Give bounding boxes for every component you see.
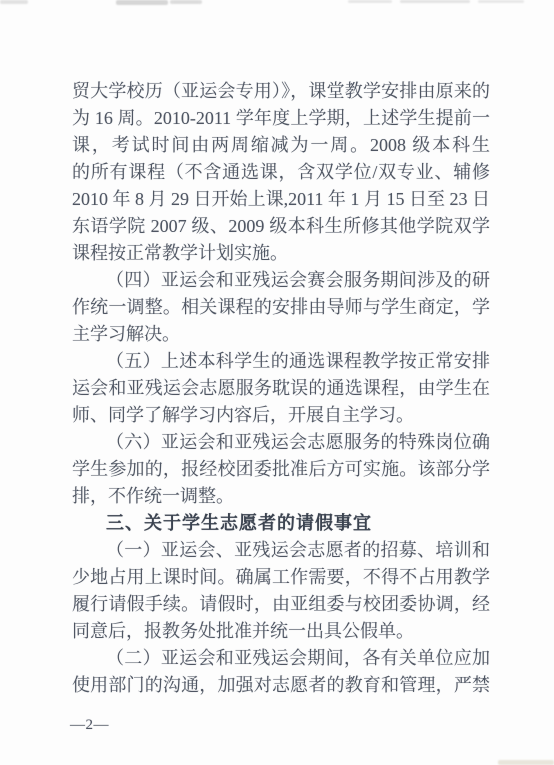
text-line: 排，不作统一调整。	[72, 483, 490, 510]
text-line: 2010 年 8 月 29 日开始上课,2011 年 1 月 15 日至 23 …	[72, 186, 490, 213]
text-line: 的所有课程（不含通选课，含双学位/双专业、辅修课程），于	[72, 159, 490, 186]
section-heading: 三、关于学生志愿者的请假事宜	[72, 510, 490, 537]
scan-artifact	[348, 0, 392, 3]
scanned-document-page: 贸大学校历（亚运会专用）》，课堂教学安排由原来的 18 周调整为 16 周。20…	[0, 0, 554, 765]
text-line: 同意后，报教务处批准并统一出具公假单。	[72, 618, 490, 645]
text-line: 贸大学校历（亚运会专用）》，课堂教学安排由原来的 18 周调整	[72, 78, 490, 105]
text-line: 少地占用上课时间。确属工作需要，不得不占用教学时间的，须	[72, 564, 490, 591]
document-body: 贸大学校历（亚运会专用）》，课堂教学安排由原来的 18 周调整为 16 周。20…	[72, 78, 490, 699]
text-line: 为 16 周。2010-2011 学年度上学期，上述学生提前一周回校上	[72, 105, 490, 132]
text-line: （一）亚运会、亚残运会志愿者的招募、培训和服务应尽量	[72, 537, 490, 564]
text-line: （二）亚运会和亚残运会期间，各有关单位应加强与志愿者	[72, 645, 490, 672]
text-line: （五）上述本科学生的通选课程教学按正常安排进行。因亚	[72, 348, 490, 375]
text-line: （六）亚运会和亚残运会志愿服务的特殊岗位确需其他年级	[72, 429, 490, 456]
scan-artifact	[478, 0, 524, 3]
scan-artifact	[498, 760, 554, 765]
scan-artifact	[170, 0, 202, 4]
text-line: 学生参加的，报经校团委批准后方可实施。该部分学生的课程安	[72, 456, 490, 483]
scan-artifact	[0, 0, 28, 4]
text-line: （四）亚运会和亚残运会赛会服务期间涉及的研究生课程不	[72, 267, 490, 294]
text-line: 作统一调整。相关课程的安排由导师与学生商定，学生可通过自	[72, 294, 490, 321]
text-line: 运会和亚残运会志愿服务耽误的通选课程，由学生在向任课教	[72, 375, 490, 402]
text-line: 履行请假手续。请假时，由亚组委与校团委协调，经校团委审核	[72, 591, 490, 618]
text-line: 使用部门的沟通，加强对志愿者的教育和管理，严禁假亚运志愿	[72, 672, 490, 699]
scan-artifact	[116, 0, 168, 5]
text-line: 主学习解决。	[72, 321, 490, 348]
text-line: 课，考试时间由两周缩减为一周。2008 级本科生（含经贸学院）	[72, 132, 490, 159]
scan-artifact	[400, 0, 470, 3]
text-line: 师、同学了解学习内容后，开展自主学习。	[72, 402, 490, 429]
page-number: —2—	[70, 715, 109, 735]
text-line: 课程按正常教学计划实施。	[72, 240, 490, 267]
text-line: 东语学院 2007 级、2009 级本科生所修其他学院双学位/双专业	[72, 213, 490, 240]
